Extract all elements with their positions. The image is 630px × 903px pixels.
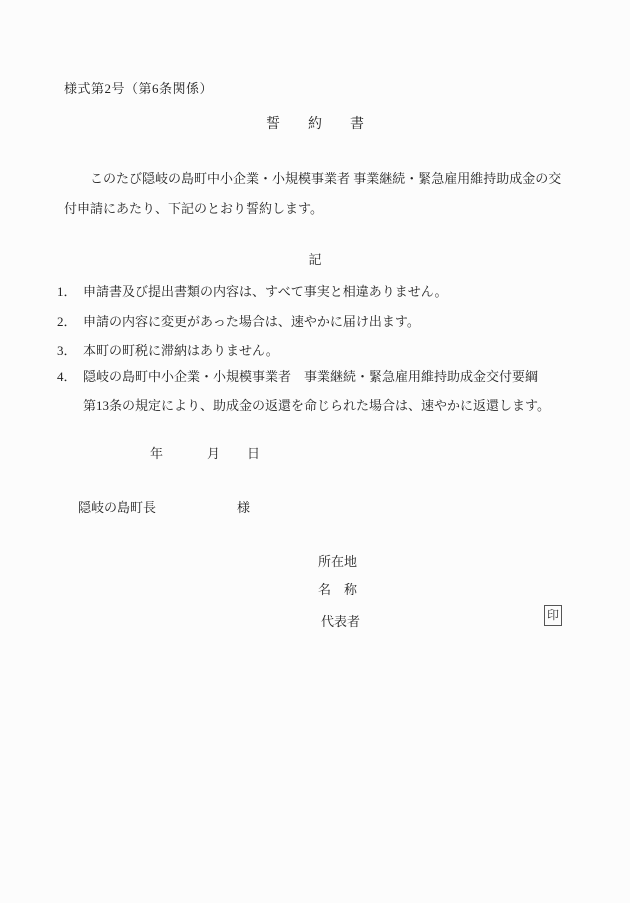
item-number: 2． — [57, 307, 83, 336]
seal-mark: 印 — [544, 605, 562, 626]
pledge-intro: このたび隠岐の島町中小企業・小規模事業者 事業継続・緊急雇用維持助成金の交付申請… — [64, 164, 578, 224]
month-label: 月 — [207, 443, 220, 462]
pledge-intro-line2: 付申請にあたり、下記のとおり誓約します。 — [64, 201, 323, 216]
signature-location-label: 所在地 — [318, 551, 357, 570]
signature-name-label: 名 称 — [318, 579, 357, 598]
pledge-item-2: 2． 申請の内容に変更があった場合は、速やかに届け出ます。 — [57, 307, 582, 336]
pledge-item-3: 3． 本町の町税に滞納はありません。 — [57, 336, 582, 365]
day-label: 日 — [247, 443, 260, 462]
pledge-item-4: 4． 隠岐の島町中小企業・小規模事業者 事業継続・緊急雇用維持助成金交付要綱第1… — [57, 362, 582, 420]
pledge-item-1: 1． 申請書及び提出書類の内容は、すべて事実と相違ありません。 — [57, 277, 582, 306]
item-number: 4． — [57, 362, 83, 420]
item-text: 申請の内容に変更があった場合は、速やかに届け出ます。 — [83, 307, 420, 336]
year-label: 年 — [150, 443, 163, 462]
addressee-name: 隠岐の島町長 — [78, 497, 156, 516]
item-text: 本町の町税に滞納はありません。 — [83, 336, 279, 365]
item-text-line2: 第13条の規定により、助成金の返還を命じられた場合は、速やかに返還します。 — [83, 398, 550, 413]
note-marker: 記 — [0, 249, 630, 268]
item-text: 申請書及び提出書類の内容は、すべて事実と相違ありません。 — [83, 277, 448, 306]
addressee-honorific: 様 — [237, 497, 250, 516]
item-text: 隠岐の島町中小企業・小規模事業者 事業継続・緊急雇用維持助成金交付要綱第13条の… — [83, 362, 550, 420]
pledge-intro-line1: このたび隠岐の島町中小企業・小規模事業者 事業継続・緊急雇用維持助成金の交 — [90, 171, 561, 186]
document-title: 誓 約 書 — [0, 113, 630, 133]
addressee-line: 隠岐の島町長 様 — [0, 497, 630, 515]
item-number: 3． — [57, 336, 83, 365]
signature-representative-label: 代表者 — [321, 611, 360, 630]
item-text-line1: 隠岐の島町中小企業・小規模事業者 事業継続・緊急雇用維持助成金交付要綱 — [83, 369, 538, 384]
pledge-document-page: 様式第2号（第6条関係） 誓 約 書 このたび隠岐の島町中小企業・小規模事業者 … — [0, 0, 630, 903]
date-line: 年 月 日 — [0, 443, 630, 461]
item-number: 1． — [57, 277, 83, 306]
form-number: 様式第2号（第6条関係） — [64, 78, 213, 97]
